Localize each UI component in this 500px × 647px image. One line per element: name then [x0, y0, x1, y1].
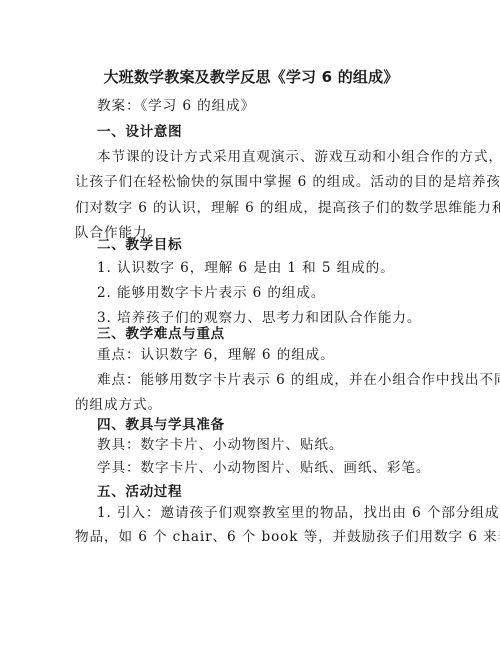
- paragraph-line: 本节课的设计方式采用直观演示、游戏互动和小组合作的方式，: [97, 145, 427, 169]
- key-point: 重点：认识数字 6，理解 6 的组成。: [97, 343, 427, 367]
- paragraph-line: 们对数字 6 的认识，理解 6 的组成，提高孩子们的数学思维能力和团: [75, 196, 427, 220]
- document-title: 大班数学教案及教学反思《学习 6 的组成》: [75, 66, 427, 88]
- objective-item: 2. 能够用数字卡片表示 6 的组成。: [97, 281, 427, 305]
- step-line: 物品，如 6 个 chair、6 个 book 等，并鼓励孩子们用数字 6 来表…: [75, 525, 427, 549]
- learning-aids: 学具：数字卡片、小动物图片、贴纸、画纸、彩笔。: [97, 456, 427, 480]
- step-line: 1. 引入：邀请孩子们观察教室里的物品，找出由 6 个部分组成的: [97, 501, 427, 525]
- difficulty-line: 难点：能够用数字卡片表示 6 的组成，并在小组合作中找出不同: [97, 368, 427, 392]
- paragraph-line: 让孩子们在轻松愉快的氛围中掌握 6 的组成。活动的目的是培养孩子: [75, 170, 427, 194]
- section-heading-objectives: 二、教学目标: [97, 233, 427, 257]
- objective-item: 1. 认识数字 6，理解 6 是由 1 和 5 组成的。: [97, 256, 427, 280]
- section-heading-design-intent: 一、设计意图: [97, 120, 427, 144]
- teaching-aids: 教具：数字卡片、小动物图片、贴纸。: [97, 433, 427, 457]
- lesson-label: 教案：《学习 6 的组成》: [97, 94, 427, 118]
